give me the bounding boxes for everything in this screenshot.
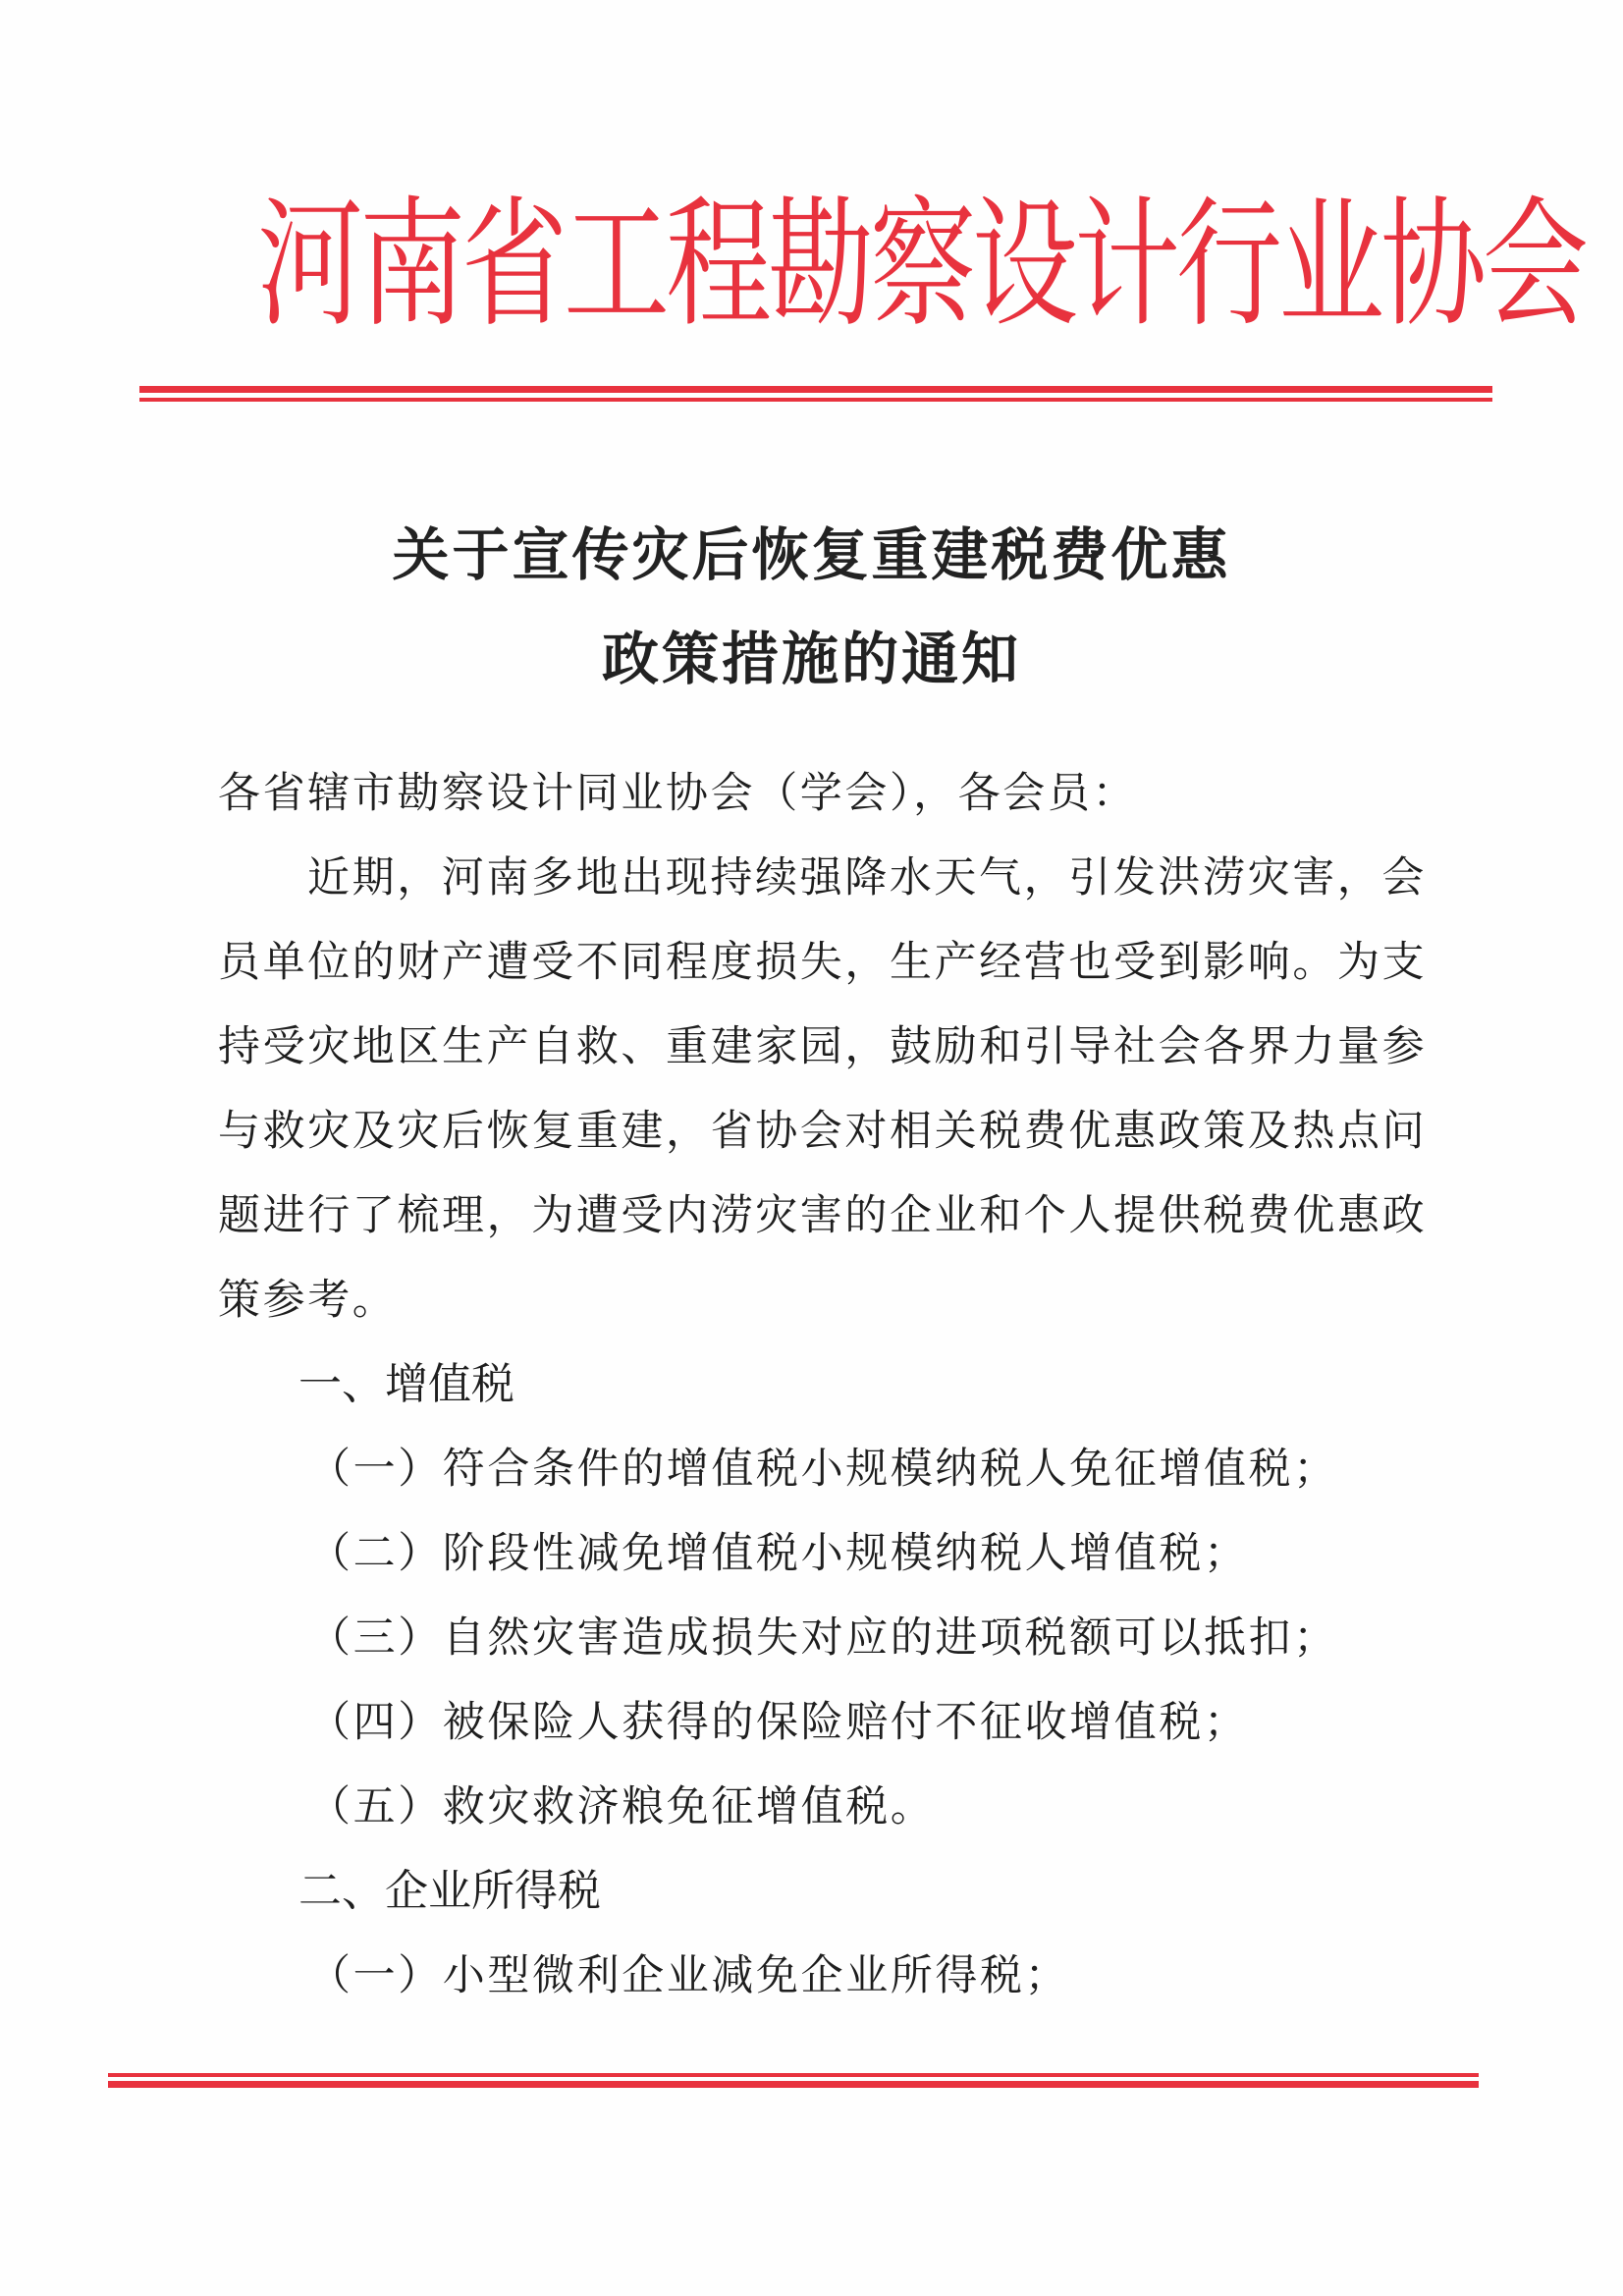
list-item: （一）符合条件的增值税小规模纳税人免征增值税；: [218, 1427, 1411, 1511]
intro-paragraph-line: 员单位的财产遭受不同程度损失，生产经营也受到影响。为支: [218, 920, 1411, 1005]
intro-paragraph-line: 策参考。: [218, 1258, 1411, 1342]
document-page: 河 南 省 工 程 勘 察 设 计 行 业 协 会 关于宣传灾后恢复重建税费优惠…: [0, 0, 1623, 2296]
intro-paragraph-line: 与救灾及灾后恢复重建，省协会对相关税费优惠政策及热点问: [218, 1089, 1411, 1174]
header-rule-thin: [139, 398, 1492, 402]
section-heading-corporate-income-tax: 二、企业所得税: [218, 1849, 1411, 1934]
letterhead-char: 行: [1176, 169, 1278, 363]
document-title-line-2: 政策措施的通知: [0, 625, 1623, 693]
footer-rule-thick: [108, 2081, 1479, 2088]
section-heading-vat: 一、增值税: [218, 1342, 1411, 1427]
letterhead-char: 协: [1380, 169, 1483, 363]
letterhead-char: 会: [1483, 169, 1585, 363]
letterhead-char: 察: [870, 169, 972, 363]
letterhead-title: 河 南 省 工 程 勘 察 设 计 行 业 协 会: [257, 192, 1406, 340]
letterhead-char: 计: [1074, 169, 1176, 363]
salutation: 各省辖市勘察设计同业协会（学会），各会员：: [218, 751, 1411, 836]
intro-paragraph-line: 近期，河南多地出现持续强降水天气，引发洪涝灾害，会: [218, 836, 1411, 920]
list-item: （五）救灾救济粮免征增值税。: [218, 1765, 1411, 1849]
letterhead-char: 省: [461, 169, 564, 363]
document-body: 各省辖市勘察设计同业协会（学会），各会员： 近期，河南多地出现持续强降水天气，引…: [218, 751, 1411, 2018]
letterhead-char: 勘: [768, 169, 870, 363]
letterhead-char: 工: [564, 169, 666, 363]
list-item: （一）小型微利企业减免企业所得税；: [218, 1934, 1411, 2018]
letterhead-char: 程: [666, 169, 768, 363]
intro-paragraph-line: 题进行了梳理，为遭受内涝灾害的企业和个人提供税费优惠政: [218, 1174, 1411, 1258]
list-item: （二）阶段性减免增值税小规模纳税人增值税；: [218, 1511, 1411, 1596]
letterhead-char: 南: [359, 169, 461, 363]
letterhead-char: 设: [972, 169, 1074, 363]
intro-paragraph-line: 持受灾地区生产自救、重建家园，鼓励和引导社会各界力量参: [218, 1005, 1411, 1089]
list-item: （四）被保险人获得的保险赔付不征收增值税；: [218, 1680, 1411, 1765]
list-item: （三）自然灾害造成损失对应的进项税额可以抵扣；: [218, 1596, 1411, 1680]
header-rule-thick: [139, 386, 1492, 393]
letterhead-char: 河: [257, 169, 359, 363]
footer-rule-thin: [108, 2073, 1479, 2077]
document-title-line-1: 关于宣传灾后恢复重建税费优惠: [0, 520, 1623, 589]
letterhead-char: 业: [1278, 169, 1380, 363]
